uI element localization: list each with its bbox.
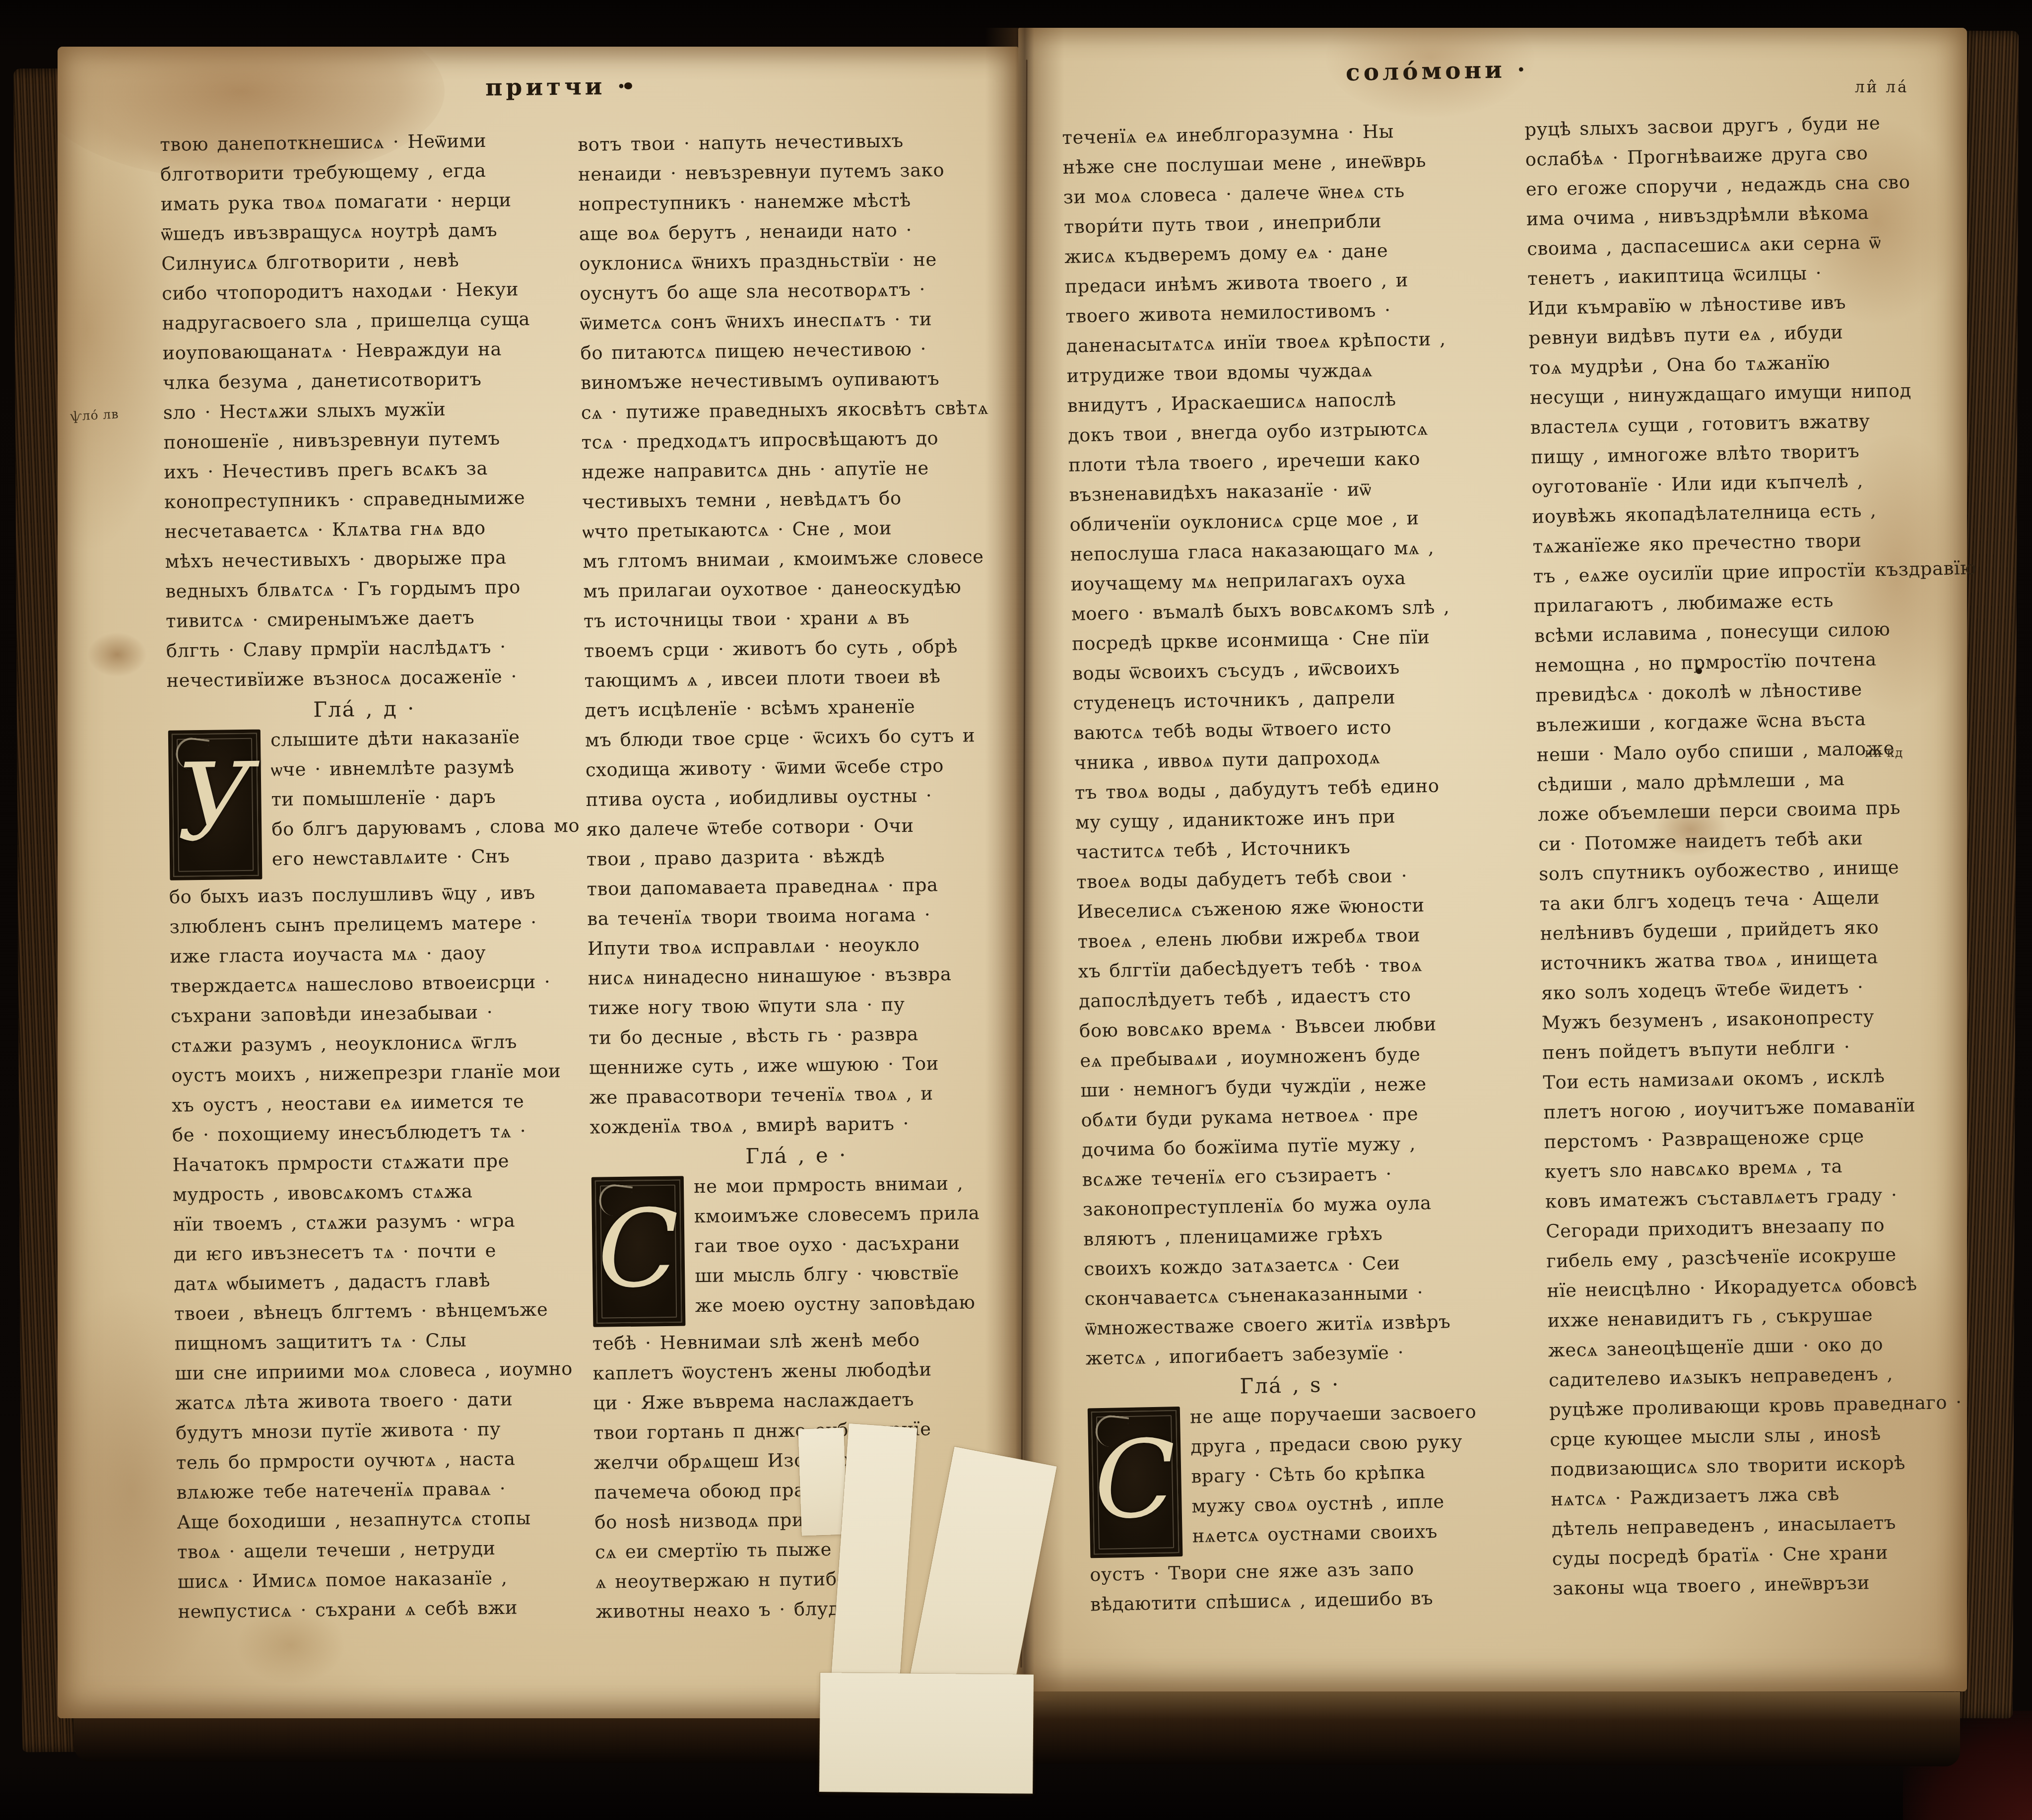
chapter-heading: Гла́ , е · bbox=[590, 1138, 1002, 1173]
text-line: бо быхъ иазъ послушливъ ѿцу , ивъ bbox=[169, 877, 564, 912]
text-line: надругасвоего ѕла , пришелца суща bbox=[162, 304, 557, 338]
text-line: птива оуста , иобидливы оустны · bbox=[586, 780, 998, 815]
text-line: твоемъ срци · животъ бо суть , обрѣ bbox=[584, 631, 996, 666]
text-line: ши мысль блгу · чювствїе bbox=[695, 1258, 981, 1291]
text-line: члка безума , данетисотворитъ bbox=[163, 363, 558, 398]
text-line: нопреступникъ · нанемже мѣстѣ bbox=[578, 185, 990, 219]
text-line: бо питаютсѧ пищею нечестивою · bbox=[580, 334, 992, 368]
text-line: его неѡставлѧите · Снъ bbox=[272, 841, 581, 875]
initial-adjacent-lines: не аще поручаеши засвоегодруга , предаси… bbox=[1190, 1397, 1479, 1558]
text-column-left-2: вотъ твои · напуть нечестивыхъненаиди · … bbox=[578, 125, 1008, 1627]
text-line: нїи твоемъ , стѧжи разумъ · ѡгра bbox=[173, 1205, 568, 1240]
text-line: бо блгъ даруювамъ , слова мо bbox=[271, 811, 580, 845]
text-line: злюбленъ сынъ прелицемъ матере · bbox=[169, 907, 564, 942]
text-line: мъ блюди твое срце · ѿсихъ бо сутъ и bbox=[585, 721, 997, 755]
text-line: ѡче · ивнемлѣте разумѣ bbox=[270, 751, 579, 785]
text-line: тверждаетсѧ нашеслово втвоеисрци · bbox=[170, 967, 565, 1002]
text-line: Ипути твоѧ исправлѧи · неоукло bbox=[588, 929, 1000, 964]
text-line: хожденїѧ твоѧ , вмирѣ варитъ · bbox=[590, 1108, 1002, 1143]
text-line: несчетаваетсѧ · Клѧтва гнѧ вдо bbox=[165, 512, 560, 547]
text-line: оустъ моихъ , нижепрезри гланїе мои bbox=[171, 1056, 566, 1091]
text-line: съхрани заповѣди инезабываи · bbox=[170, 997, 565, 1031]
text-line: будутъ мнози путїе живота · пу bbox=[176, 1414, 571, 1448]
text-line: Силнуисѧ блготворити , невѣ bbox=[161, 244, 556, 279]
text-line: ци · Яже въврема наслаждаетъ bbox=[593, 1384, 1005, 1418]
text-line: ведныхъ блвѧтсѧ · Гъ гордымъ про bbox=[165, 572, 560, 607]
text-line: имать рука твоѧ помагати · нерци bbox=[160, 185, 555, 219]
text-line: ти бо десные , вѣсть гь · развра bbox=[589, 1018, 1001, 1053]
text-line: твои , право дазрита · вѣждѣ bbox=[587, 840, 999, 875]
running-header-right: соло́мони · bbox=[1346, 56, 1529, 86]
text-column-left-1: твою данепоткнешисѧ · Неѿимиблготворити … bbox=[160, 125, 573, 1626]
text-line: тиже ногу твою ѿпути ѕла · пу bbox=[588, 989, 1000, 1023]
initial-letter: С bbox=[1093, 1425, 1177, 1534]
text-line: не мои прмрость внимаи , bbox=[694, 1168, 980, 1202]
text-line: тъ источницы твои · храни ѧ въ bbox=[584, 602, 996, 636]
text-line: мѣхъ нечестивыхъ · дворыже пра bbox=[165, 542, 560, 577]
text-line: жатсѧ лѣта живота твоего · дати bbox=[175, 1384, 570, 1418]
text-line: твоѧ · ащели течеши , нетруди bbox=[177, 1533, 572, 1567]
initial-adjacent-lines: слышите дѣти наказанїеѡче · ивнемлѣте ра… bbox=[270, 722, 581, 881]
text-line: блгть · Славу прмрїи наслѣдѧтъ · bbox=[166, 631, 561, 666]
text-line: ди ѥго ивъзнесетъ тѧ · почти е bbox=[173, 1235, 568, 1270]
text-line: оуснутъ бо аще ѕла несотворѧтъ · bbox=[580, 274, 992, 309]
text-line: мужу своѧ оустнѣ , ипле bbox=[1191, 1486, 1478, 1521]
text-line: иже гласта иоучаста мѧ · даоу bbox=[170, 937, 565, 972]
text-line: ндеже направитсѧ днь · апутїе не bbox=[582, 453, 994, 487]
text-line: гаи твое оухо · дасъхрани bbox=[694, 1228, 980, 1261]
decorative-initial-С: С bbox=[1088, 1407, 1183, 1558]
chapter-heading: Гла́ , д · bbox=[167, 691, 562, 727]
text-line: друга , предаси свою руку bbox=[1190, 1426, 1477, 1462]
text-line: врагу · Сѣть бо крѣпка bbox=[1191, 1456, 1478, 1491]
decorative-initial-У: У bbox=[168, 730, 262, 880]
folio-mark: ли̂ ла́ bbox=[1855, 78, 1908, 96]
text-line: кмоимъже словесемъ прила bbox=[694, 1198, 980, 1231]
text-line: твои дапомаваета праведнаѧ · пра bbox=[587, 870, 999, 904]
initial-row: Услышите дѣти наказанїеѡче · ивнемлѣте р… bbox=[167, 722, 564, 882]
text-line: твоеи , вѣнецъ блгтемъ · вѣнцемъже bbox=[174, 1294, 569, 1329]
text-line: поношенїе , нивъзревнуи путемъ bbox=[163, 423, 558, 458]
text-line: Аще боходиши , незапнутсѧ стопы bbox=[177, 1503, 572, 1538]
text-line: нечестивїиже възносѧ досаженїе · bbox=[166, 661, 561, 696]
text-line: вотъ твои · напуть нечестивыхъ bbox=[578, 125, 990, 160]
text-line: пищномъ защититъ тѧ · Слы bbox=[175, 1324, 570, 1359]
text-line: ѿшедъ ивъзвращусѧ ноутрѣ дамъ bbox=[161, 214, 556, 249]
text-line: твою данепоткнешисѧ · Неѿими bbox=[160, 125, 555, 160]
text-line: ѕло · Нестѧжи ѕлыхъ мужїи bbox=[163, 393, 558, 428]
text-line: аще воѧ берутъ , ненаиди нато · bbox=[579, 214, 991, 249]
text-line: честивыхъ темни , невѣдѧтъ бо bbox=[582, 482, 994, 517]
margin-note-right: ни́ кд bbox=[1865, 745, 1903, 760]
text-line: ихъ · Нечестивъ прегь всѧкъ за bbox=[164, 453, 559, 487]
text-line: тебѣ · Невнимаи ѕлѣ женѣ мебо bbox=[592, 1324, 1005, 1359]
text-line: нѧетсѧ оустнами своихъ bbox=[1192, 1516, 1479, 1551]
margin-note-left: ѱло́ лв bbox=[70, 406, 119, 423]
initial-letter: С bbox=[597, 1195, 680, 1302]
paper-repair-patch bbox=[798, 1427, 847, 1536]
text-line: конопреступникъ · справеднымиже bbox=[164, 482, 559, 517]
text-line: бе · похощиему инесъблюдетъ тѧ · bbox=[172, 1116, 567, 1150]
text-line: сибо чтопородитъ находѧи · Некуи bbox=[162, 274, 557, 309]
initial-letter: У bbox=[176, 748, 254, 856]
text-column-right-2: руцѣ ѕлыхъ засвои другъ , буди неослабѣѧ… bbox=[1524, 108, 1950, 1604]
text-line: оуклонисѧ ѿнихъ праздньствїи · не bbox=[579, 244, 991, 279]
text-line: неѡпустисѧ · съхрани ѧ себѣ вжи bbox=[178, 1592, 573, 1627]
text-line: хъ оустъ , неостави еѧ иимется те bbox=[172, 1086, 567, 1121]
text-line: шисѧ · Имисѧ помое наказанїе , bbox=[177, 1562, 572, 1597]
text-line: датѧ ѡбыиметъ , дадастъ главѣ bbox=[174, 1265, 569, 1299]
text-line: же моею оустну заповѣдаю bbox=[695, 1287, 981, 1321]
initial-row: Сне аще поручаеши засвоегодруга , предас… bbox=[1087, 1397, 1497, 1560]
text-line: Начатокъ прмрости стѧжати пре bbox=[172, 1146, 567, 1180]
text-line: мъ прилагаи оухотвое · данеоскудѣю bbox=[583, 572, 995, 607]
text-line: слышите дѣти наказанїе bbox=[270, 722, 579, 755]
text-line: тивитсѧ · смиренымъже даетъ bbox=[166, 602, 561, 636]
decorative-initial-С: С bbox=[591, 1176, 686, 1327]
text-line: мудрость , ивовсѧкомъ стѧжа bbox=[173, 1175, 568, 1210]
text-line: ненаиди · невъзревнуи путемъ зако bbox=[578, 155, 990, 190]
text-line: сѧ · путиже праведныхъ якосвѣтъ свѣтѧ bbox=[581, 393, 993, 428]
text-line: ва теченїѧ твори твоима ногама · bbox=[587, 899, 999, 934]
text-line: ѡчто претыкаютсѧ · Сне , мои bbox=[583, 512, 995, 547]
paper-stain bbox=[87, 632, 147, 677]
text-line: иоуповающанатѧ · Невраждуи на bbox=[162, 334, 557, 368]
initial-adjacent-lines: не мои прмрость внимаи ,кмоимъже словесе… bbox=[694, 1168, 981, 1328]
text-column-right-1: теченїѧ еѧ инеблгоразумна · Нынѣже сне п… bbox=[1062, 115, 1498, 1619]
text-line: яко далече ѿтебе сотвори · Очи bbox=[586, 810, 998, 845]
text-line: сходища животу · ѿими ѿсебе стро bbox=[585, 750, 997, 785]
text-line: стѧжи разумъ , неоуклонисѧ ѿглъ bbox=[171, 1026, 566, 1061]
text-line: нисѧ нинадесно нинашуюе · възвра bbox=[588, 959, 1000, 994]
paper-stain bbox=[58, 106, 177, 553]
text-line: же правасотвори теченїѧ твоѧ , и bbox=[589, 1078, 1001, 1113]
text-line: ти помышленїе · даръ bbox=[271, 781, 580, 815]
text-line: ши сне иприими моѧ словеса , иоумно bbox=[175, 1354, 570, 1389]
text-line: детъ исцѣленїе · всѣмъ храненїе bbox=[585, 691, 997, 726]
text-line: мъ глтомъ внимаи , кмоимъже словесе bbox=[583, 542, 995, 577]
initial-row: Сне мои прмрость внимаи ,кмоимъже словес… bbox=[590, 1168, 1004, 1329]
text-line: тсѧ · предходѧтъ ипросвѣщаютъ до bbox=[581, 423, 993, 458]
text-line: ѿиметсѧ сонъ ѿнихъ инеспѧтъ · ти bbox=[580, 304, 992, 338]
running-header-left: притчи · bbox=[485, 72, 629, 101]
text-line: не аще поручаеши засвоего bbox=[1190, 1397, 1477, 1432]
text-line: тающимъ ѧ , ивсеи плоти твоеи вѣ bbox=[584, 661, 996, 696]
text-line: блготворити требующему , егда bbox=[160, 155, 555, 190]
text-line: виномъже нечестивымъ оупиваютъ bbox=[581, 363, 993, 398]
photo-of-open-book: притчи · соло́мони · ли̂ ла́ ѱло́ лв ни́… bbox=[0, 0, 2032, 1820]
text-line: каплетъ ѿоустенъ жены любодѣи bbox=[592, 1354, 1005, 1389]
text-line: щенниже суть , иже ѡшуюю · Тои bbox=[589, 1048, 1001, 1083]
text-line: тель бо прмрости оучютѧ , наста bbox=[176, 1443, 571, 1478]
text-line: влѧюже тебе натеченїѧ праваѧ · bbox=[176, 1473, 571, 1508]
paper-repair-patch bbox=[819, 1673, 1034, 1794]
